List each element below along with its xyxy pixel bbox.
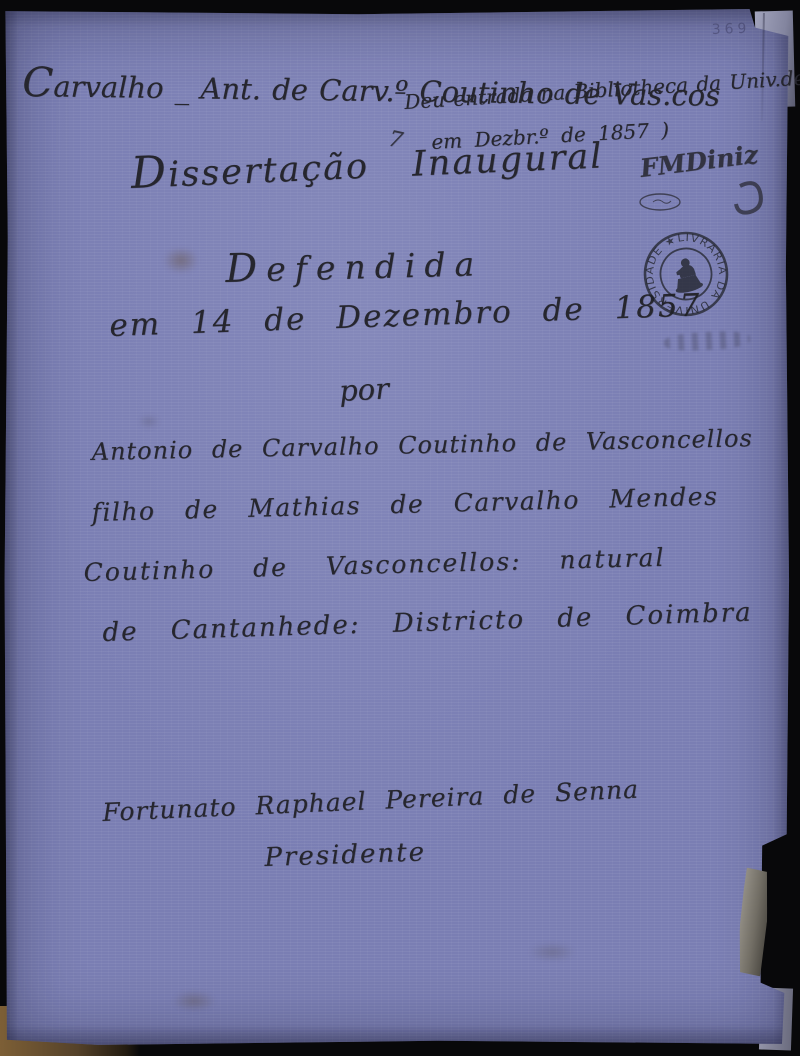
manuscript-scan: Carvalho _ Ant. de Carv.º Coutinho de Va… xyxy=(0,0,800,1056)
defended-word: Defendida xyxy=(225,239,484,292)
ink-stain xyxy=(528,942,576,962)
pencil-page-number: 369 xyxy=(711,21,750,38)
ink-stain xyxy=(138,414,160,429)
ink-stain xyxy=(163,247,199,274)
by-word: por xyxy=(338,371,390,408)
president-title: Presidente xyxy=(264,837,427,873)
ink-stain xyxy=(172,990,216,1012)
stamp-seated-figure-emblem xyxy=(669,256,704,295)
